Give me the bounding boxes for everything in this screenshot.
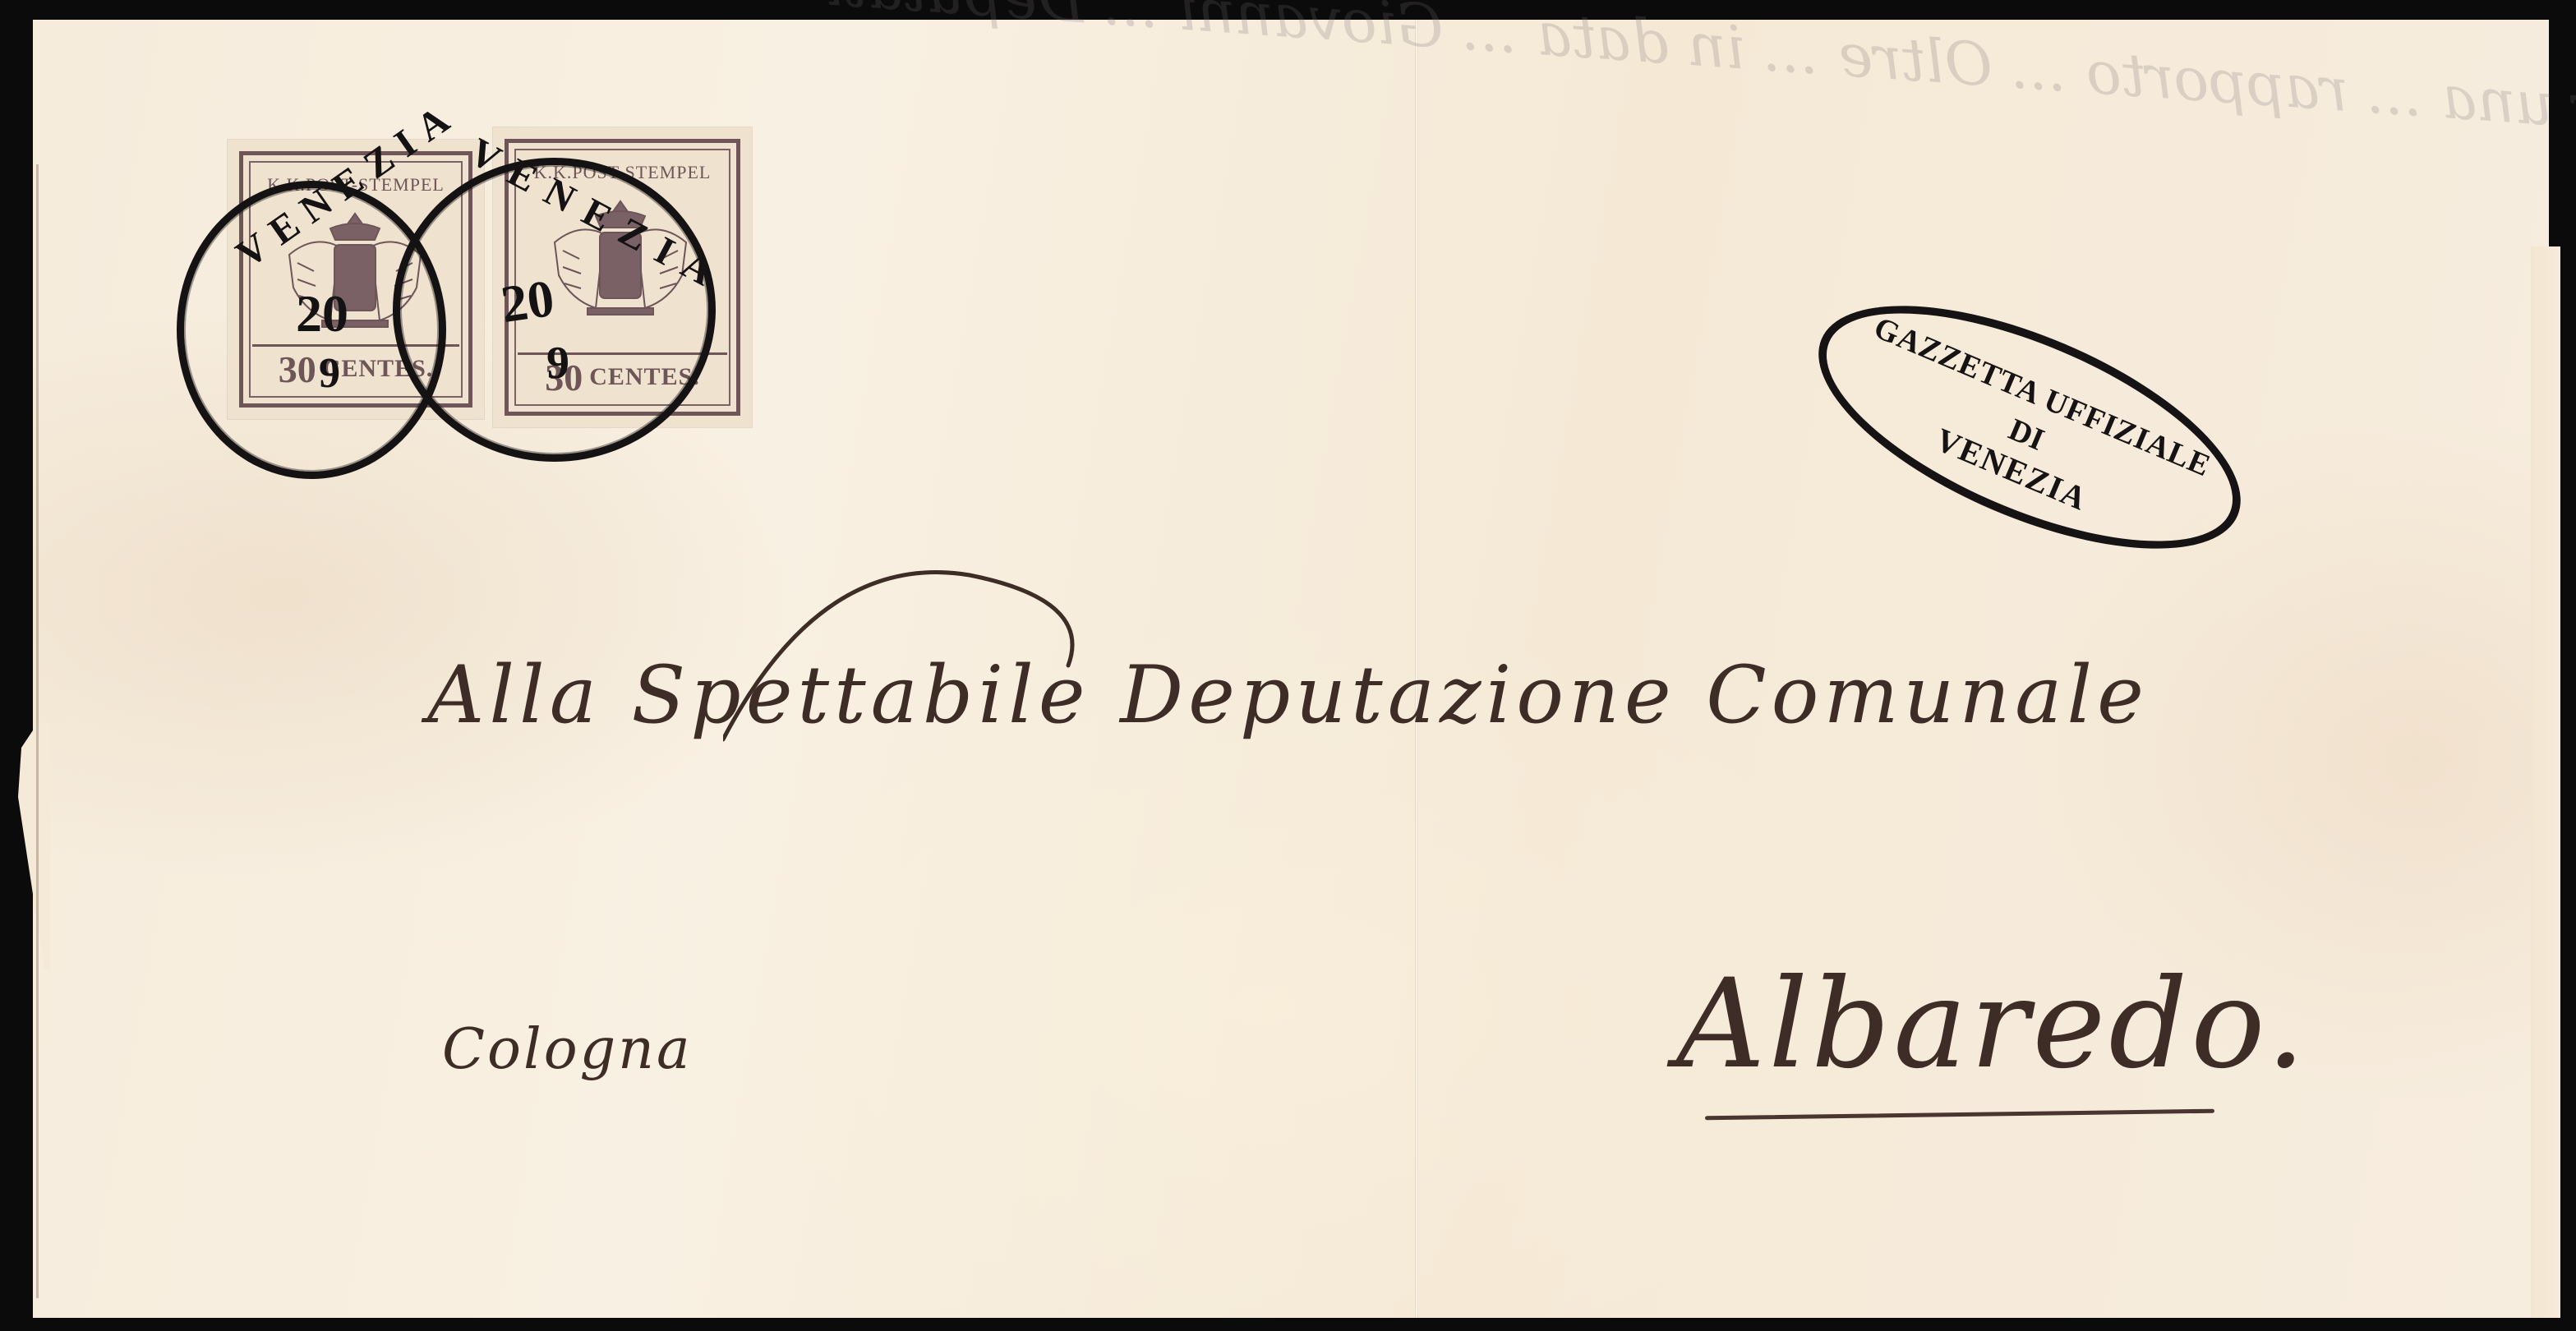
right-edge-flap bbox=[2531, 246, 2560, 1318]
address-destination: Albaredo. bbox=[1676, 953, 2309, 1096]
address-salutation: Alla Spettabile Deputazione Comunale bbox=[427, 649, 2149, 741]
postmark-day-1: 20 bbox=[296, 283, 348, 344]
postmark-month-1: 9 bbox=[319, 349, 340, 398]
origin-note: Cologna bbox=[442, 1017, 693, 1082]
left-margin-line bbox=[36, 164, 39, 1298]
postmark-day-2: 20 bbox=[497, 268, 558, 335]
postmark-month-2: 9 bbox=[546, 337, 569, 389]
